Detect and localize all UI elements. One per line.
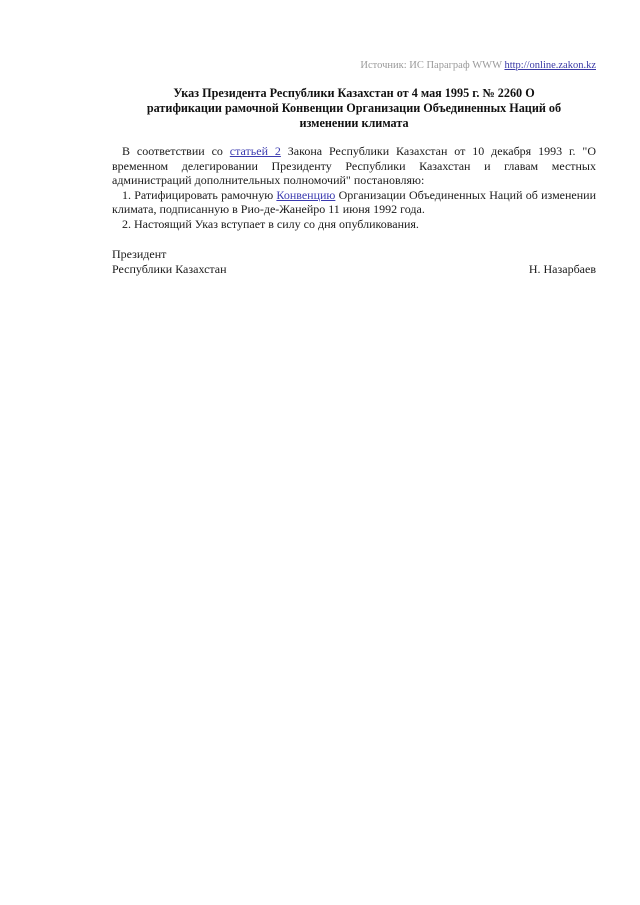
signature-position-line-2: Республики Казахстан [112,262,227,277]
title-line-1: Указ Президента Республики Казахстан от … [106,86,602,101]
paragraph-item-2: 2. Настоящий Указ вступает в силу со дня… [112,217,596,232]
item-1-text-start: 1. Ратифицировать рамочную [122,188,276,202]
source-line: Источник: ИС Параграф WWW http://online.… [360,60,596,71]
convention-link[interactable]: Конвенцию [276,188,335,202]
title-line-2: ратификации рамочной Конвенции Организац… [106,101,602,116]
paragraph-item-1: 1. Ратифицировать рамочную Конвенцию Орг… [112,188,596,217]
paragraph-preamble: В соответствии со статьей 2 Закона Респу… [112,144,596,188]
title-line-3: изменении климата [106,116,602,131]
article-2-link[interactable]: статьей 2 [230,144,281,158]
signature-block: Президент Республики Казахстан Н. Назарб… [112,247,596,277]
document-title: Указ Президента Республики Казахстан от … [106,86,602,131]
signature-name: Н. Назарбаев [529,262,596,277]
signature-position-line-1: Президент [112,247,596,262]
preamble-text-start: В соответствии со [122,144,230,158]
document-body: В соответствии со статьей 2 Закона Респу… [112,144,596,232]
source-prefix: Источник: ИС Параграф WWW [360,60,504,71]
source-link[interactable]: http://online.zakon.kz [504,60,596,71]
